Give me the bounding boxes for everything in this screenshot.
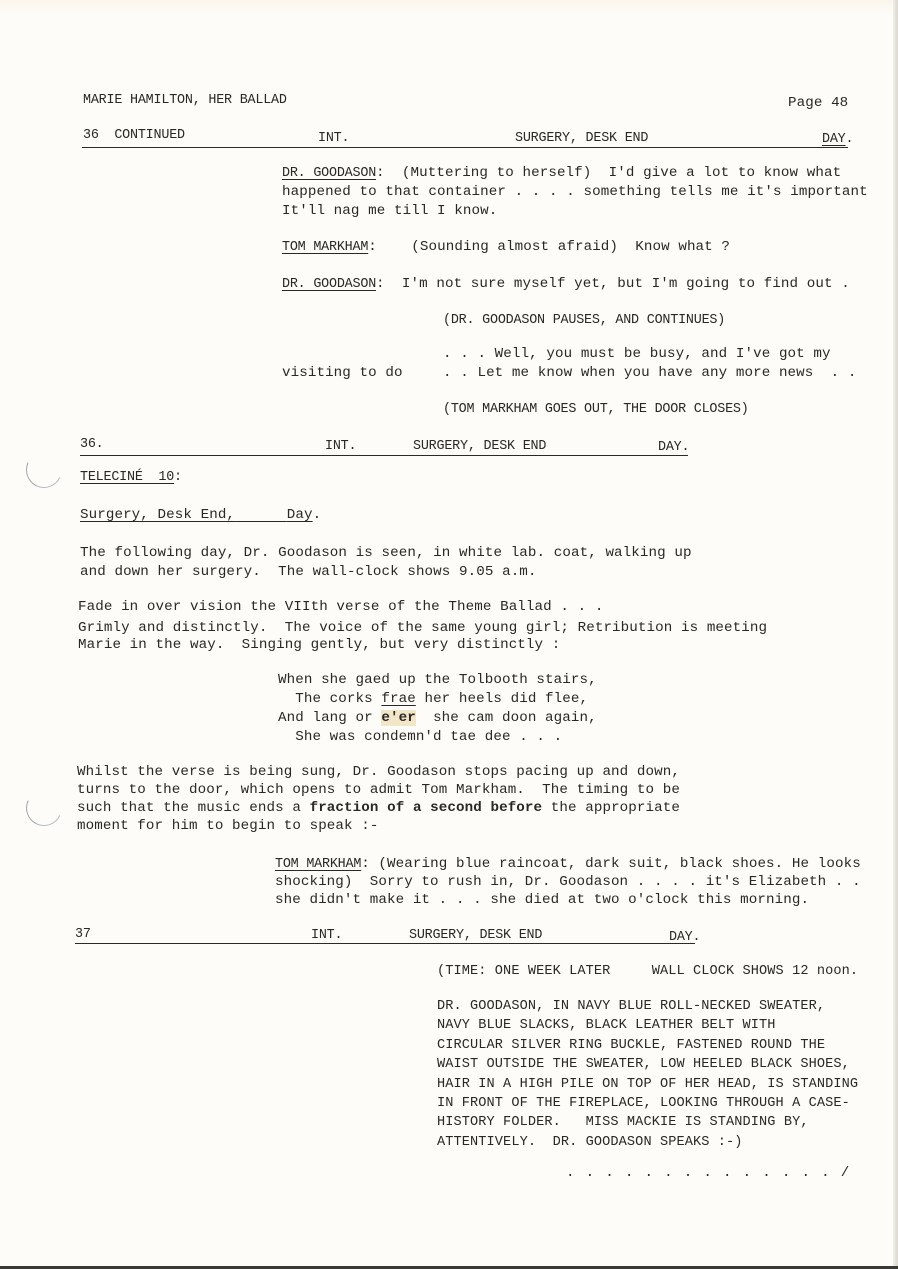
slug-time: Day bbox=[287, 507, 313, 523]
dialogue-text: happened to that container . . . . somet… bbox=[282, 183, 868, 202]
page-edge-shadow bbox=[893, 0, 898, 1269]
action-text: Fade in over vision the VIIth verse of t… bbox=[78, 598, 603, 617]
dialogue-text: : (Wearing blue raincoat, dark suit, bla… bbox=[361, 856, 861, 872]
verse-text: she cam doon again, bbox=[416, 710, 597, 726]
punch-hole-lower bbox=[21, 785, 67, 831]
scene-direction-line: ATTENTIVELY. DR. GOODASON SPEAKS :-) bbox=[437, 1133, 743, 1152]
slug-line: Surgery, Desk End, Day. bbox=[80, 506, 321, 525]
dialogue-text: I'm not sure myself yet, but I'm going t… bbox=[402, 276, 850, 292]
slug-suffix: . bbox=[313, 507, 322, 523]
verse-line: The corks frae her heels did flee, bbox=[278, 690, 588, 709]
action-text: moment for him to begin to speak :- bbox=[77, 817, 379, 836]
dialogue-text: (Sounding almost afraid) Know what ? bbox=[411, 239, 730, 255]
verse-line: And lang or e'er she cam doon again, bbox=[278, 709, 597, 728]
scene-number: 36. bbox=[80, 435, 104, 454]
dialogue-block: DR. GOODASON: (Muttering to herself) I'd… bbox=[282, 164, 841, 183]
scene-direction-line: HAIR IN A HIGH PILE ON TOP OF HER HEAD, … bbox=[437, 1075, 858, 1094]
scene-location: SURGERY, DESK END bbox=[515, 129, 648, 148]
scene-heading-rule bbox=[80, 455, 688, 456]
scene-direction-line: DR. GOODASON, IN NAVY BLUE ROLL-NECKED S… bbox=[437, 997, 825, 1016]
action-text: Marie in the way. Singing gently, but ve… bbox=[78, 636, 560, 655]
dialogue-block: TOM MARKHAM: (Sounding almost afraid) Kn… bbox=[282, 238, 730, 257]
action-text: turns to the door, which opens to admit … bbox=[77, 781, 680, 800]
verse-line: When she gaed up the Tolbooth stairs, bbox=[278, 671, 597, 690]
continuation-mark: . . . . . . . . . . . . . . / bbox=[566, 1164, 851, 1183]
dialogue-text: It'll nag me till I know. bbox=[282, 202, 497, 221]
dialogue-text: visiting to do bbox=[282, 364, 403, 383]
scene-direction-line: HISTORY FOLDER. MISS MACKIE IS STANDING … bbox=[437, 1113, 809, 1132]
scene-time-value: DAY bbox=[658, 440, 682, 455]
action-text: Whilst the verse is being sung, Dr. Good… bbox=[77, 763, 680, 782]
punch-hole-upper bbox=[21, 447, 67, 493]
scene-time-suffix: . bbox=[846, 132, 854, 147]
verse-text: The corks bbox=[278, 691, 381, 707]
dialogue-text: (Muttering to herself) I'd give a lot to… bbox=[402, 165, 841, 181]
scene-int: INT. bbox=[318, 129, 349, 148]
scene-direction-line: CIRCULAR SILVER RING BUCKLE, FASTENED RO… bbox=[437, 1036, 825, 1055]
scene-time-value: DAY bbox=[822, 132, 846, 147]
scene-location: SURGERY, DESK END bbox=[413, 437, 546, 456]
page-number: Page 48 bbox=[788, 94, 848, 113]
telecine-label: TELECINÉ 10: bbox=[80, 468, 182, 487]
telecine-colon: : bbox=[174, 470, 182, 485]
stage-direction: (TOM MARKHAM GOES OUT, THE DOOR CLOSES) bbox=[443, 400, 749, 419]
scene-direction-line: NAVY BLUE SLACKS, BLACK LEATHER BELT WIT… bbox=[437, 1016, 776, 1035]
verse-highlighted-word: e'er bbox=[381, 710, 415, 726]
stage-direction: (DR. GOODASON PAUSES, AND CONTINUES) bbox=[443, 311, 725, 330]
script-page: MARIE HAMILTON, HER BALLAD Page 48 36 CO… bbox=[0, 0, 898, 1269]
dialogue-text: shocking) Sorry to rush in, Dr. Goodason… bbox=[275, 873, 861, 892]
speaker-name: DR. GOODASON bbox=[282, 277, 376, 292]
speaker-name: DR. GOODASON bbox=[282, 166, 376, 181]
speaker-colon: : bbox=[376, 276, 385, 292]
verse-underlined-word: frae bbox=[381, 691, 415, 707]
scene-number: 37 bbox=[75, 925, 91, 944]
scene-number: 36 CONTINUED bbox=[83, 126, 185, 145]
speaker-colon: : bbox=[368, 239, 377, 255]
verse-line: She was condemn'd tae dee . . . bbox=[278, 728, 562, 747]
verse-text: her heels did flee, bbox=[416, 691, 588, 707]
dialogue-text: . . Let me know when you have any more n… bbox=[443, 364, 856, 383]
dialogue-text: . . . Well, you must be busy, and I've g… bbox=[443, 345, 831, 364]
action-text-part: the appropriate bbox=[542, 800, 680, 816]
scene-heading-rule bbox=[75, 943, 695, 944]
scene-time: DAY. bbox=[669, 928, 700, 947]
action-text: The following day, Dr. Goodason is seen,… bbox=[80, 544, 692, 563]
time-note: (TIME: ONE WEEK LATER WALL CLOCK SHOWS 1… bbox=[437, 962, 858, 981]
action-text-emphasis: fraction of a second before bbox=[310, 800, 543, 816]
scene-heading-rule bbox=[82, 147, 848, 148]
speaker-name: TOM MARKHAM bbox=[275, 857, 361, 872]
action-text: and down her surgery. The wall-clock sho… bbox=[80, 563, 537, 582]
verse-text: And lang or bbox=[278, 710, 381, 726]
script-title: MARIE HAMILTON, HER BALLAD bbox=[83, 91, 287, 110]
action-text: such that the music ends a fraction of a… bbox=[77, 799, 680, 818]
dialogue-block: TOM MARKHAM: (Wearing blue raincoat, dar… bbox=[275, 855, 861, 874]
scene-direction-line: IN FRONT OF THE FIREPLACE, LOOKING THROU… bbox=[437, 1094, 850, 1113]
speaker-colon: : bbox=[376, 165, 385, 181]
speaker-name: TOM MARKHAM bbox=[282, 240, 368, 255]
action-text-part: such that the music ends a bbox=[77, 800, 310, 816]
telecine-text: TELECINÉ 10 bbox=[80, 470, 174, 485]
slug-place: Surgery, Desk End, bbox=[80, 507, 235, 523]
scene-int: INT. bbox=[325, 437, 356, 456]
scene-time-suffix: . bbox=[682, 440, 690, 455]
scene-direction-line: WAIST OUTSIDE THE SWEATER, LOW HEELED BL… bbox=[437, 1055, 850, 1074]
dialogue-block: DR. GOODASON: I'm not sure myself yet, b… bbox=[282, 275, 850, 294]
dialogue-text: she didn't make it . . . she died at two… bbox=[275, 891, 809, 910]
